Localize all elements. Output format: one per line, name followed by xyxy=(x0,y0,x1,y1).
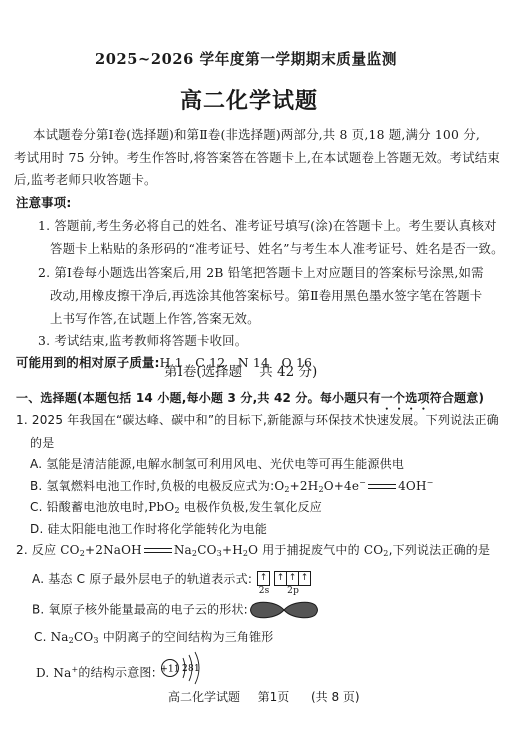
atomic-mass-label: 可能用到的相对原子质量: xyxy=(16,355,160,370)
emphasis-char: 一 xyxy=(381,391,393,405)
footer-page: 第1页 xyxy=(258,690,290,704)
q2-option-d: D. Na+的结构示意图: +11 2 8 1 xyxy=(36,660,218,686)
page-footer: 高二化学试题 第1页 (共 8 页) xyxy=(168,688,360,705)
svg-text:+11: +11 xyxy=(160,665,180,675)
p-orbital-dumbbell-icon xyxy=(250,600,318,620)
note-3-line-1: 3. 考试结束,监考教师将答题卡收回。 xyxy=(38,331,247,349)
section-1-instr-post: 符合题意) xyxy=(430,391,485,405)
intro-line-1: 本试题卷分第Ⅰ卷(选择题)和第Ⅱ卷(非选择题)两部分,共 8 页,18 题,满分… xyxy=(33,125,480,143)
notes-heading: 注意事项: xyxy=(16,193,72,211)
exam-subtitle: 2025~2026 学年度第一学期期末质量监测 xyxy=(95,48,397,69)
equals-arrow xyxy=(144,548,172,553)
q1-option-b-text: B. 氢氧燃料电池工作时,负极的电极反应式为: xyxy=(30,479,274,493)
orbital-box-2p: ↑ xyxy=(298,571,311,586)
emphasis-char: 项 xyxy=(417,391,429,405)
note-2-line-3: 上书写作答,在试题上作答,答案无效。 xyxy=(50,309,260,327)
note-1-line-2: 答题卡上粘贴的条形码的“准考证号、姓名”与考生本人准考证号、姓名是否一致。 xyxy=(50,239,504,257)
emphasis-char: 个 xyxy=(393,391,405,405)
section-1-instr-pre: 一、选择题(本题包括 14 小题,每小题 3 分,共 42 分。每小题只有 xyxy=(16,391,381,405)
svg-text:1: 1 xyxy=(194,664,200,674)
exam-title: 高二化学试题 xyxy=(180,84,318,115)
q2-option-a: A. 基态 C 原子最外层电子的轨道表示式: ↑ 2s ↑ ↑ ↑ 2p xyxy=(32,566,311,593)
note-1-line-1: 1. 答题前,考生务必将自己的姓名、准考证号填写(涂)在答题卡上。考生要认真核对 xyxy=(38,216,497,234)
q2-option-a-text: A. 基态 C 原子最外层电子的轨道表示式: xyxy=(32,572,252,586)
intro-line-2: 考试用时 75 分钟。考生作答时,将答案答在答题卡上,在本试题卷上答题无效。考试… xyxy=(14,148,500,166)
note-2-line-1: 2. 第Ⅰ卷每小题选出答案后,用 2B 铅笔把答题卡上对应题目的答案标号涂黑,如… xyxy=(38,263,484,281)
q1-stem-line-2: 的是 xyxy=(30,434,54,451)
atomic-structure-diagram: +11 2 8 1 xyxy=(160,650,218,686)
q2-option-b-text: B. 氧原子核外能量最高的电子云的形状: xyxy=(32,603,248,617)
orbital-box-2s: ↑ xyxy=(257,571,270,586)
q1-option-d: D. 硅太阳能电池工作时将化学能转化为电能 xyxy=(30,520,267,537)
footer-total-pages: (共 8 页) xyxy=(311,690,360,704)
footer-title: 高二化学试题 xyxy=(168,690,240,704)
orbital-label-2s: 2s xyxy=(258,586,270,596)
note-2-line-2: 改动,用橡皮擦干净后,再选涂其他答案标号。第Ⅱ卷用黑色墨水签字笔在答题卡 xyxy=(50,286,482,304)
q2-stem: 2. 反应 CO2+2NaOHNa2CO3+H2O 用于捕捉废气中的 CO2,下… xyxy=(16,541,490,558)
q2-option-b: B. 氧原子核外能量最高的电子云的形状: xyxy=(32,600,318,620)
q2-option-c: C. Na2CO3 中阴离子的空间结构为三角锥形 xyxy=(34,628,274,645)
orbital-diagram: ↑ 2s ↑ ↑ ↑ 2p xyxy=(258,569,311,596)
q1-option-a: A. 氢能是清洁能源,电解水制氢可利用风电、光伏电等可再生能源供电 xyxy=(30,455,404,472)
section-1-instructions: 一、选择题(本题包括 14 小题,每小题 3 分,共 42 分。每小题只有一个选… xyxy=(16,389,484,406)
equals-arrow xyxy=(368,484,396,489)
intro-line-3: 后,监考老师只收答题卡。 xyxy=(14,170,157,188)
section-1-title: 第Ⅰ卷(选择题 共 42 分) xyxy=(164,360,317,380)
q1-option-b: B. 氢氧燃料电池工作时,负极的电极反应式为:O2+2H2O+4e−4OH− xyxy=(30,477,434,494)
emphasis-char: 选 xyxy=(405,391,417,405)
q1-stem-line-1: 1. 2025 年我国在“碳达峰、碳中和”的目标下,新能源与环保技术快速发展。下… xyxy=(16,411,499,428)
q1-option-c: C. 铅酸蓄电池放电时,PbO2 电极作负极,发生氧化反应 xyxy=(30,498,322,515)
orbital-label-2p: 2p xyxy=(275,586,311,596)
